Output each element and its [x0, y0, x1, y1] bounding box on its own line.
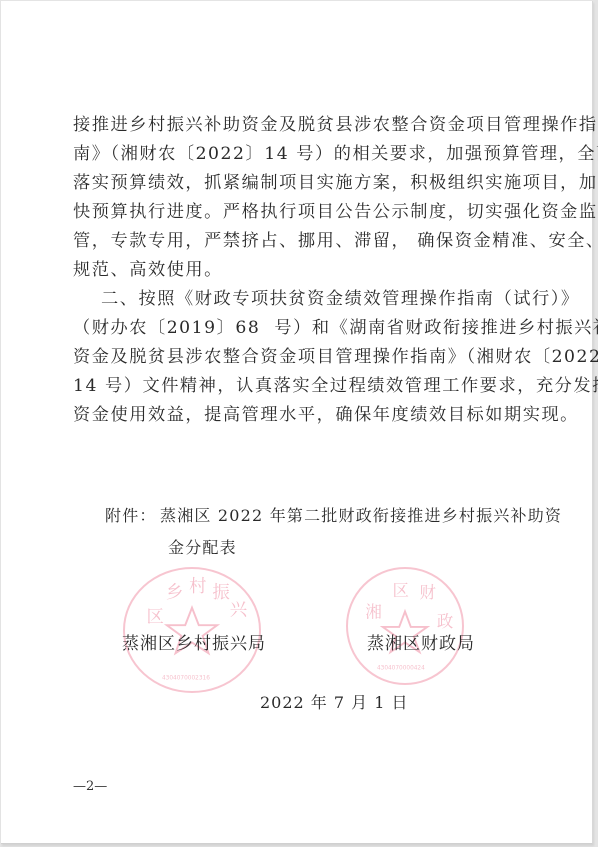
svg-text:湘: 湘 [365, 602, 381, 621]
issuer-rural-revitalization-bureau: 蒸湘区乡村振兴局 [122, 629, 266, 654]
body-line: 接推进乡村振兴补助资金及脱贫县涉农整合资金项目管理操作指 [73, 114, 598, 136]
svg-text:4304070000424: 4304070000424 [377, 665, 425, 671]
attachment-title-cont: 金分配表 [168, 537, 237, 559]
body-line: 落实预算绩效，抓紧编制项目实施方案，积极组织实施项目，加 [73, 172, 598, 194]
body-line: 南》（湘财农〔2022〕14 号）的相关要求，加强预算管理，全面 [73, 143, 598, 165]
body-line: 管，专款专用，严禁挤占、挪用、滞留， 确保资金精准、安全、 [73, 230, 598, 252]
body-line: 14 号）文件精神，认真落实全过程绩效管理工作要求，充分发挥 [73, 375, 598, 397]
official-seal-finance-bureau: 湘 区 财 政 4304070000424 [346, 567, 464, 685]
page-number: —2— [73, 779, 107, 794]
svg-text:4304070002316: 4304070002316 [162, 675, 210, 681]
body-line: 二、按照《财政专项扶贫资金绩效管理操作指南（试行）》 [73, 288, 580, 310]
svg-text:振: 振 [212, 582, 229, 603]
body-line: （财办农〔2019〕68 号）和《湖南省财政衔接推进乡村振兴补助 [73, 317, 598, 339]
attachment-label: 附件： [105, 505, 157, 527]
svg-text:兴: 兴 [230, 600, 248, 620]
svg-text:村: 村 [189, 577, 206, 597]
svg-text:区: 区 [392, 581, 408, 600]
body-line: 资金使用效益，提高管理水平，确保年度绩效目标如期实现。 [73, 404, 579, 426]
svg-text:财: 财 [419, 583, 436, 602]
svg-text:乡: 乡 [166, 583, 183, 603]
document-date: 2022 年 7 月 1 日 [260, 690, 409, 713]
attachment-title: 蒸湘区 2022 年第二批财政衔接推进乡村振兴补助资 [160, 505, 562, 527]
body-line: 资金及脱贫县涉农整合资金项目管理操作指南》（湘财农〔2022〕 [73, 346, 598, 368]
body-line: 规范、高效使用。 [73, 259, 223, 281]
body-line: 快预算执行进度。严格执行项目公告公示制度，切实强化资金监 [73, 201, 598, 223]
svg-text:区: 区 [146, 607, 163, 627]
seal-star-icon: 湘 区 财 政 4304070000424 [348, 569, 462, 683]
document-page: 接推进乡村振兴补助资金及脱贫县涉农整合资金项目管理操作指 南》（湘财农〔2022… [1, 1, 593, 844]
issuer-finance-bureau: 蒸湘区财政局 [367, 629, 475, 654]
